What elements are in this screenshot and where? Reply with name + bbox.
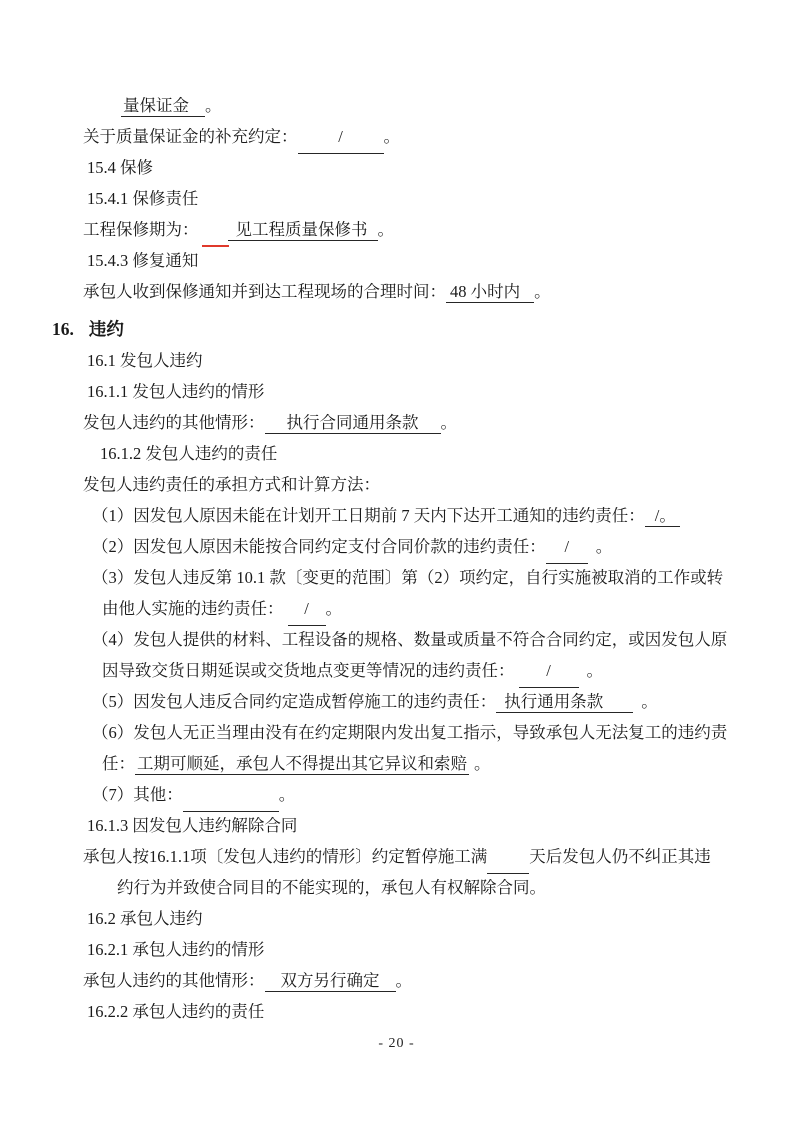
section-heading: 16. 违约 [0, 314, 793, 345]
text-run: （1）因发包人原因未能在计划开工日期前 7 天内下达开工通知的违约责任： [92, 506, 645, 525]
contract-text-line: 16.1.1 发包人违约的情形 [0, 376, 793, 407]
text-run: 由他人实施的违约责任： [102, 599, 284, 618]
text-run: 。 [641, 692, 658, 711]
text-run: （4）发包人提供的材料、工程设备的规格、数量或质量不符合合同约定，或因发包人原 [92, 630, 727, 649]
document-body: 量保证金。关于质量保证金的补充约定：/。15.4 保修15.4.1 保修责任工程… [0, 0, 793, 1027]
contract-text-line: 由他人实施的违约责任： /。 [0, 593, 793, 624]
text-run: 。 [378, 220, 395, 239]
text-run: 。 [596, 537, 613, 556]
contract-text-line: （4）发包人提供的材料、工程设备的规格、数量或质量不符合合同约定，或因发包人原 [0, 624, 793, 655]
text-run: 。 [587, 661, 604, 680]
contract-text-line: 发包人违约责任的承担方式和计算方法： [0, 469, 793, 500]
contract-text-line: 16.2.1 承包人违约的情形 [0, 934, 793, 965]
filled-blank-entry: 双方另行确定 [265, 971, 396, 992]
contract-text-line: 承包人违约的其他情形：双方另行确定。 [0, 965, 793, 996]
contract-text-line: 承包人收到保修通知并到达工程现场的合理时间：48 小时内。 [0, 276, 793, 307]
filled-blank-entry: 量保证金 [121, 96, 205, 117]
slash-blank-field: / [298, 121, 384, 154]
contract-text-line: 因导致交货日期延误或交货地点变更等情况的违约责任： / 。 [0, 655, 793, 686]
text-run: 。 [441, 413, 458, 432]
contract-text-line: （7）其他： 。 [0, 779, 793, 810]
spacer [588, 531, 596, 562]
text-run: 16.1.1 发包人违约的情形 [87, 382, 264, 401]
text-run: 16. [52, 319, 74, 339]
text-run: （6）发包人无正当理由没有在约定期限内发出复工指示，导致承包人无法复工的违约责 [92, 723, 727, 742]
contract-text-line: 15.4.3 修复通知 [0, 245, 793, 276]
text-run: 承包人按16.1.1项〔发包人违约的情形〕约定暂停施工满 [83, 847, 487, 866]
contract-text-line: （5）因发包人违反合同约定造成暂停施工的违约责任：执行通用条款 。 [0, 686, 793, 717]
text-run: 发包人违约责任的承担方式和计算方法： [83, 475, 380, 494]
text-run: 15.4.3 修复通知 [87, 251, 198, 270]
text-run: 。 [326, 599, 343, 618]
contract-text-line: 16.2.2 承包人违约的责任 [0, 996, 793, 1027]
contract-text-line: 任：工期可顺延，承包人不得提出其它异议和索赔 。 [0, 748, 793, 779]
text-run: 16.1.3 因发包人违约解除合同 [87, 816, 297, 835]
slash-blank-field: / [288, 593, 326, 626]
filled-blank-entry: 执行合同通用条款 [265, 413, 441, 434]
text-run: 约行为并致使合同目的不能实现的，承包人有权解除合同。 [117, 878, 546, 897]
text-run: 15.4 保修 [87, 158, 153, 177]
text-run: 。 [396, 971, 413, 990]
text-run: （3）发包人违反第 10.1 款〔变更的范围〕第（2）项约定，自行实施被取消的工… [92, 568, 723, 587]
contract-text-line: 16.1 发包人违约 [0, 345, 793, 376]
text-run: （7）其他： [92, 785, 183, 804]
page-number: - 20 - [0, 1036, 793, 1052]
filled-blank-entry: 执行通用条款 [496, 692, 633, 713]
text-run: 发包人违约的其他情形： [83, 413, 265, 432]
text-run: 。 [205, 96, 222, 115]
text-run: 16.2.1 承包人违约的情形 [87, 940, 264, 959]
contract-text-line: 约行为并致使合同目的不能实现的，承包人有权解除合同。 [0, 872, 793, 903]
contract-text-line: 16.2 承包人违约 [0, 903, 793, 934]
text-run: 。 [534, 282, 551, 301]
contract-text-line: （2）因发包人原因未能按合同约定支付合同价款的违约责任：/ 。 [0, 531, 793, 562]
text-run: 16.1.2 发包人违约的责任 [100, 444, 277, 463]
text-run: 。 [474, 754, 491, 773]
text-run: 16.2.2 承包人违约的责任 [87, 1002, 264, 1021]
contract-text-line: （1）因发包人原因未能在计划开工日期前 7 天内下达开工通知的违约责任：/。 [0, 500, 793, 531]
red-correction-mark [202, 214, 229, 247]
filled-blank-entry: 见工程质量保修书 [228, 220, 378, 241]
empty-blank-field [183, 779, 279, 812]
contract-text-line: 工程保修期为： 见工程质量保修书。 [0, 214, 793, 245]
contract-text-line: （6）发包人无正当理由没有在约定期限内发出复工指示，导致承包人无法复工的违约责 [0, 717, 793, 748]
contract-text-line: 量保证金。 [0, 90, 793, 121]
spacer [579, 655, 587, 686]
filled-blank-entry: 48 小时内 [446, 282, 534, 303]
text-run: 承包人违约的其他情形： [83, 971, 265, 990]
contract-text-line: 16.1.2 发包人违约的责任 [0, 438, 793, 469]
text-run: 16.1 发包人违约 [87, 351, 203, 370]
slash-blank-field: / [519, 655, 579, 688]
contract-text-line: 16.1.3 因发包人违约解除合同 [0, 810, 793, 841]
text-run: （2）因发包人原因未能按合同约定支付合同价款的违约责任： [92, 537, 546, 556]
text-run: 天后发包人仍不纠正其违 [529, 847, 711, 866]
text-run: （5）因发包人违反合同约定造成暂停施工的违约责任： [92, 692, 496, 711]
contract-text-line: 15.4 保修 [0, 152, 793, 183]
text-run: 。 [384, 127, 401, 146]
contract-text-line: 关于质量保证金的补充约定：/。 [0, 121, 793, 152]
slash-blank-field: / [546, 531, 588, 564]
filled-blank-entry: 工期可顺延，承包人不得提出其它异议和索赔 [135, 754, 469, 775]
text-run: 。 [279, 785, 296, 804]
text-run: 违约 [89, 319, 124, 339]
contract-text-line: （3）发包人违反第 10.1 款〔变更的范围〕第（2）项约定，自行实施被取消的工… [0, 562, 793, 593]
contract-text-line: 15.4.1 保修责任 [0, 183, 793, 214]
spacer [74, 314, 89, 345]
filled-blank-entry: /。 [645, 506, 680, 527]
text-run: 关于质量保证金的补充约定： [83, 127, 298, 146]
contract-text-line: 承包人按16.1.1项〔发包人违约的情形〕约定暂停施工满 天后发包人仍不纠正其违 [0, 841, 793, 872]
contract-document-page: 量保证金。关于质量保证金的补充约定：/。15.4 保修15.4.1 保修责任工程… [0, 0, 793, 1122]
contract-text-line: 发包人违约的其他情形：执行合同通用条款。 [0, 407, 793, 438]
text-run: 15.4.1 保修责任 [87, 189, 198, 208]
text-run: 工程保修期为： [83, 220, 199, 239]
text-run: 因导致交货日期延误或交货地点变更等情况的违约责任： [102, 661, 515, 680]
text-run: 承包人收到保修通知并到达工程现场的合理时间： [83, 282, 446, 301]
text-run: 任： [102, 754, 135, 773]
text-run: 16.2 承包人违约 [87, 909, 203, 928]
empty-blank-field [487, 841, 529, 874]
